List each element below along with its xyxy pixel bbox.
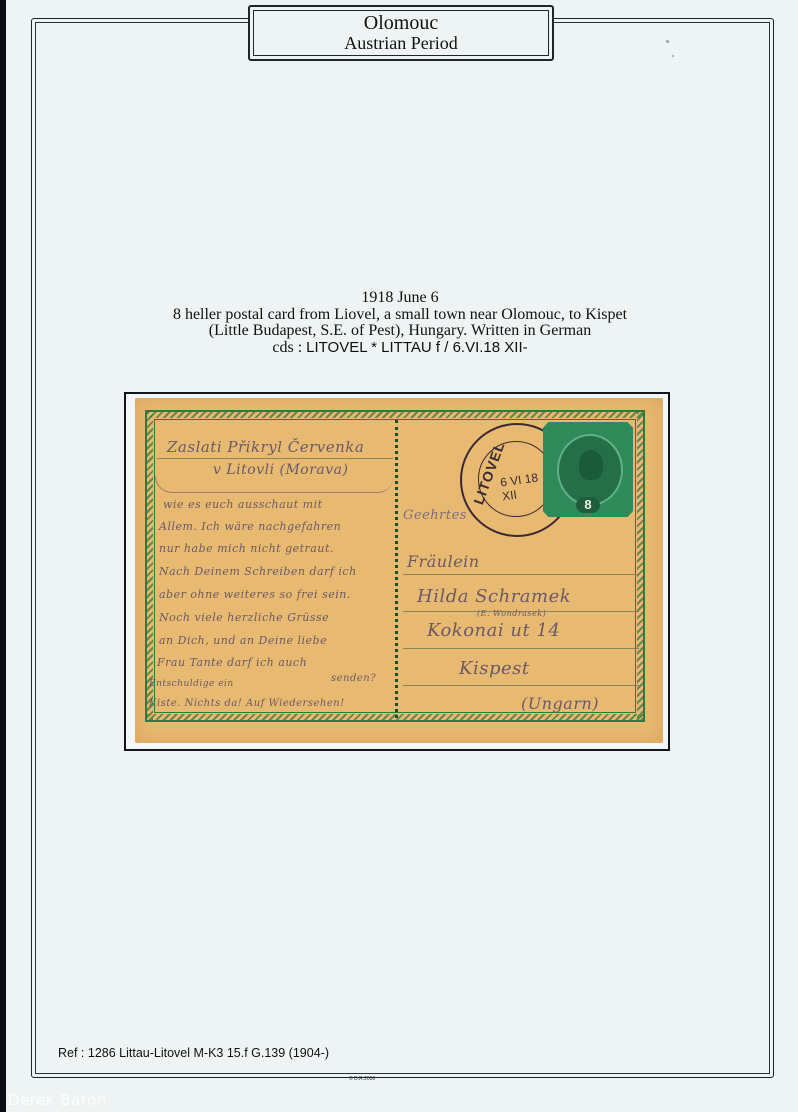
address-rule (403, 648, 639, 649)
message-line: wie es euch ausschaut mit (163, 498, 323, 511)
cds-label: cds : (272, 339, 306, 356)
sender-line: Zaslati Přikryl Červenka (167, 438, 364, 456)
item-date: 1918 June 6 (100, 290, 700, 307)
message-line: nur habe mich nicht getraut. (159, 542, 334, 555)
message-line: senden? (331, 673, 376, 684)
emperor-portrait-icon (579, 450, 603, 480)
border-chain-right (637, 412, 643, 720)
copyright-note: © D.R.2006 (349, 1076, 375, 1082)
title-box: Olomouc Austrian Period (248, 5, 554, 61)
description-line-1: 8 heller postal card from Liovel, a smal… (100, 307, 700, 324)
cds-value: LITOVEL * LITTAU f / 6.VI.18 XII- (306, 339, 527, 356)
address-line: Fräulein (407, 552, 480, 571)
catalogue-reference: Ref : 1286 Littau-Litovel M-K3 15.f G.13… (58, 1046, 329, 1060)
imprinted-stamp: 8 (543, 422, 633, 517)
message-line: Entschuldige ein (149, 679, 234, 689)
watermark: Derek Baron (8, 1091, 107, 1109)
address-line: Kokonai ut 14 (427, 620, 560, 641)
paper-speck (672, 55, 674, 57)
description-line-2: (Little Budapest, S.E. of Pest), Hungary… (100, 323, 700, 340)
address-line: Hilda Schramek (417, 586, 571, 607)
message-line: Kiste. Nichts da! Auf Wiedersehen! (149, 698, 345, 709)
page-title: Olomouc (364, 13, 438, 33)
message-line: Nach Deinem Schreiben darf ich (159, 565, 357, 578)
paper-speck (666, 40, 669, 43)
scan-edge (0, 0, 6, 1112)
message-line: Noch viele herzliche Grüsse (159, 611, 329, 624)
postal-card: Zaslati Přikryl Červenka v Litovli (Mora… (135, 398, 663, 743)
address-line: (Ungarn) (521, 694, 599, 713)
sender-underline (157, 458, 393, 459)
message-line: an Dich, und an Deine liebe (159, 634, 327, 647)
address-line: Geehrtes (403, 508, 467, 523)
address-line: Kispest (459, 658, 530, 679)
address-rule (403, 685, 639, 686)
address-line: (E. Wondrasek) (477, 609, 546, 618)
border-chain-left (147, 412, 153, 720)
card-divider (395, 420, 398, 718)
page-subtitle: Austrian Period (344, 33, 457, 53)
message-line: Allem. Ich wäre nachgefahren (159, 520, 341, 533)
item-description: 1918 June 6 8 heller postal card from Li… (100, 290, 700, 356)
message-line: aber ohne weiteres so frei sein. (159, 588, 351, 601)
stamp-portrait-oval (557, 434, 623, 506)
cds-line: cds : LITOVEL * LITTAU f / 6.VI.18 XII- (100, 340, 700, 357)
border-chain-top (147, 412, 643, 418)
sender-bracket (155, 476, 394, 493)
address-rule (403, 574, 639, 575)
stamp-value: 8 (576, 497, 600, 513)
message-line: Frau Tante darf ich auch (157, 656, 307, 669)
